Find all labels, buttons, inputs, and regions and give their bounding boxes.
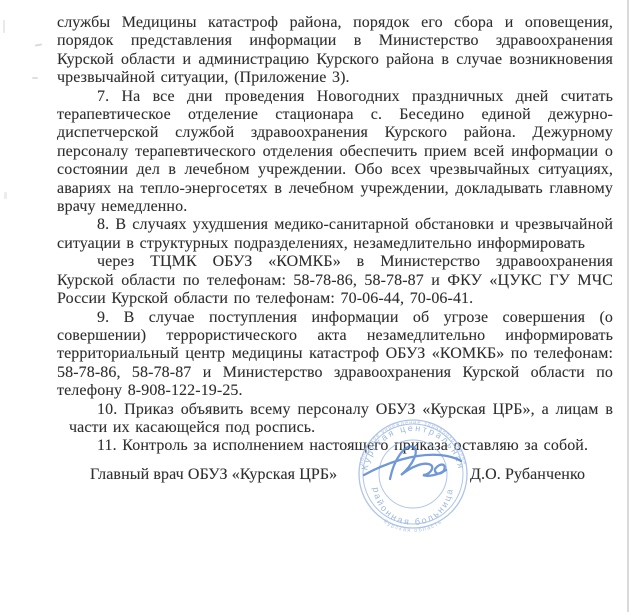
document-body: службы Медицины катастроф района, порядо… xyxy=(57,14,613,456)
paragraph-10: 10. Приказ объявить всему персоналу ОБУЗ… xyxy=(69,401,613,438)
scan-artifact xyxy=(3,20,5,33)
scan-artifact xyxy=(32,77,38,79)
round-stamp-icon: Курская центральная районная больница об… xyxy=(350,413,480,543)
scan-artifact xyxy=(4,192,7,199)
paragraph-8-contacts: через ТЦМК ОБУЗ «КОМКБ» в Министерство з… xyxy=(57,253,613,308)
scan-artifact xyxy=(35,43,42,46)
paragraph-7: 7. На все дни проведения Новогодних праз… xyxy=(57,88,613,217)
document-page: службы Медицины катастроф района, порядо… xyxy=(0,0,638,612)
signer-position-label: Главный врач ОБУЗ «Курская ЦРБ» xyxy=(90,466,337,484)
scan-page-edge xyxy=(627,0,629,612)
signer-name: Д.О. Рубанченко xyxy=(470,466,585,484)
paragraph-continuation: службы Медицины катастроф района, порядо… xyxy=(57,14,613,88)
stamp-arc-bottom-text: районная больница xyxy=(371,486,455,527)
paragraph-8: 8. В случаях ухудшения медико-санитарной… xyxy=(57,216,613,253)
paragraph-9: 9. В случае поступления информации об уг… xyxy=(57,309,613,401)
paragraph-11: 11. Контроль за исполнением настоящего п… xyxy=(57,437,613,455)
